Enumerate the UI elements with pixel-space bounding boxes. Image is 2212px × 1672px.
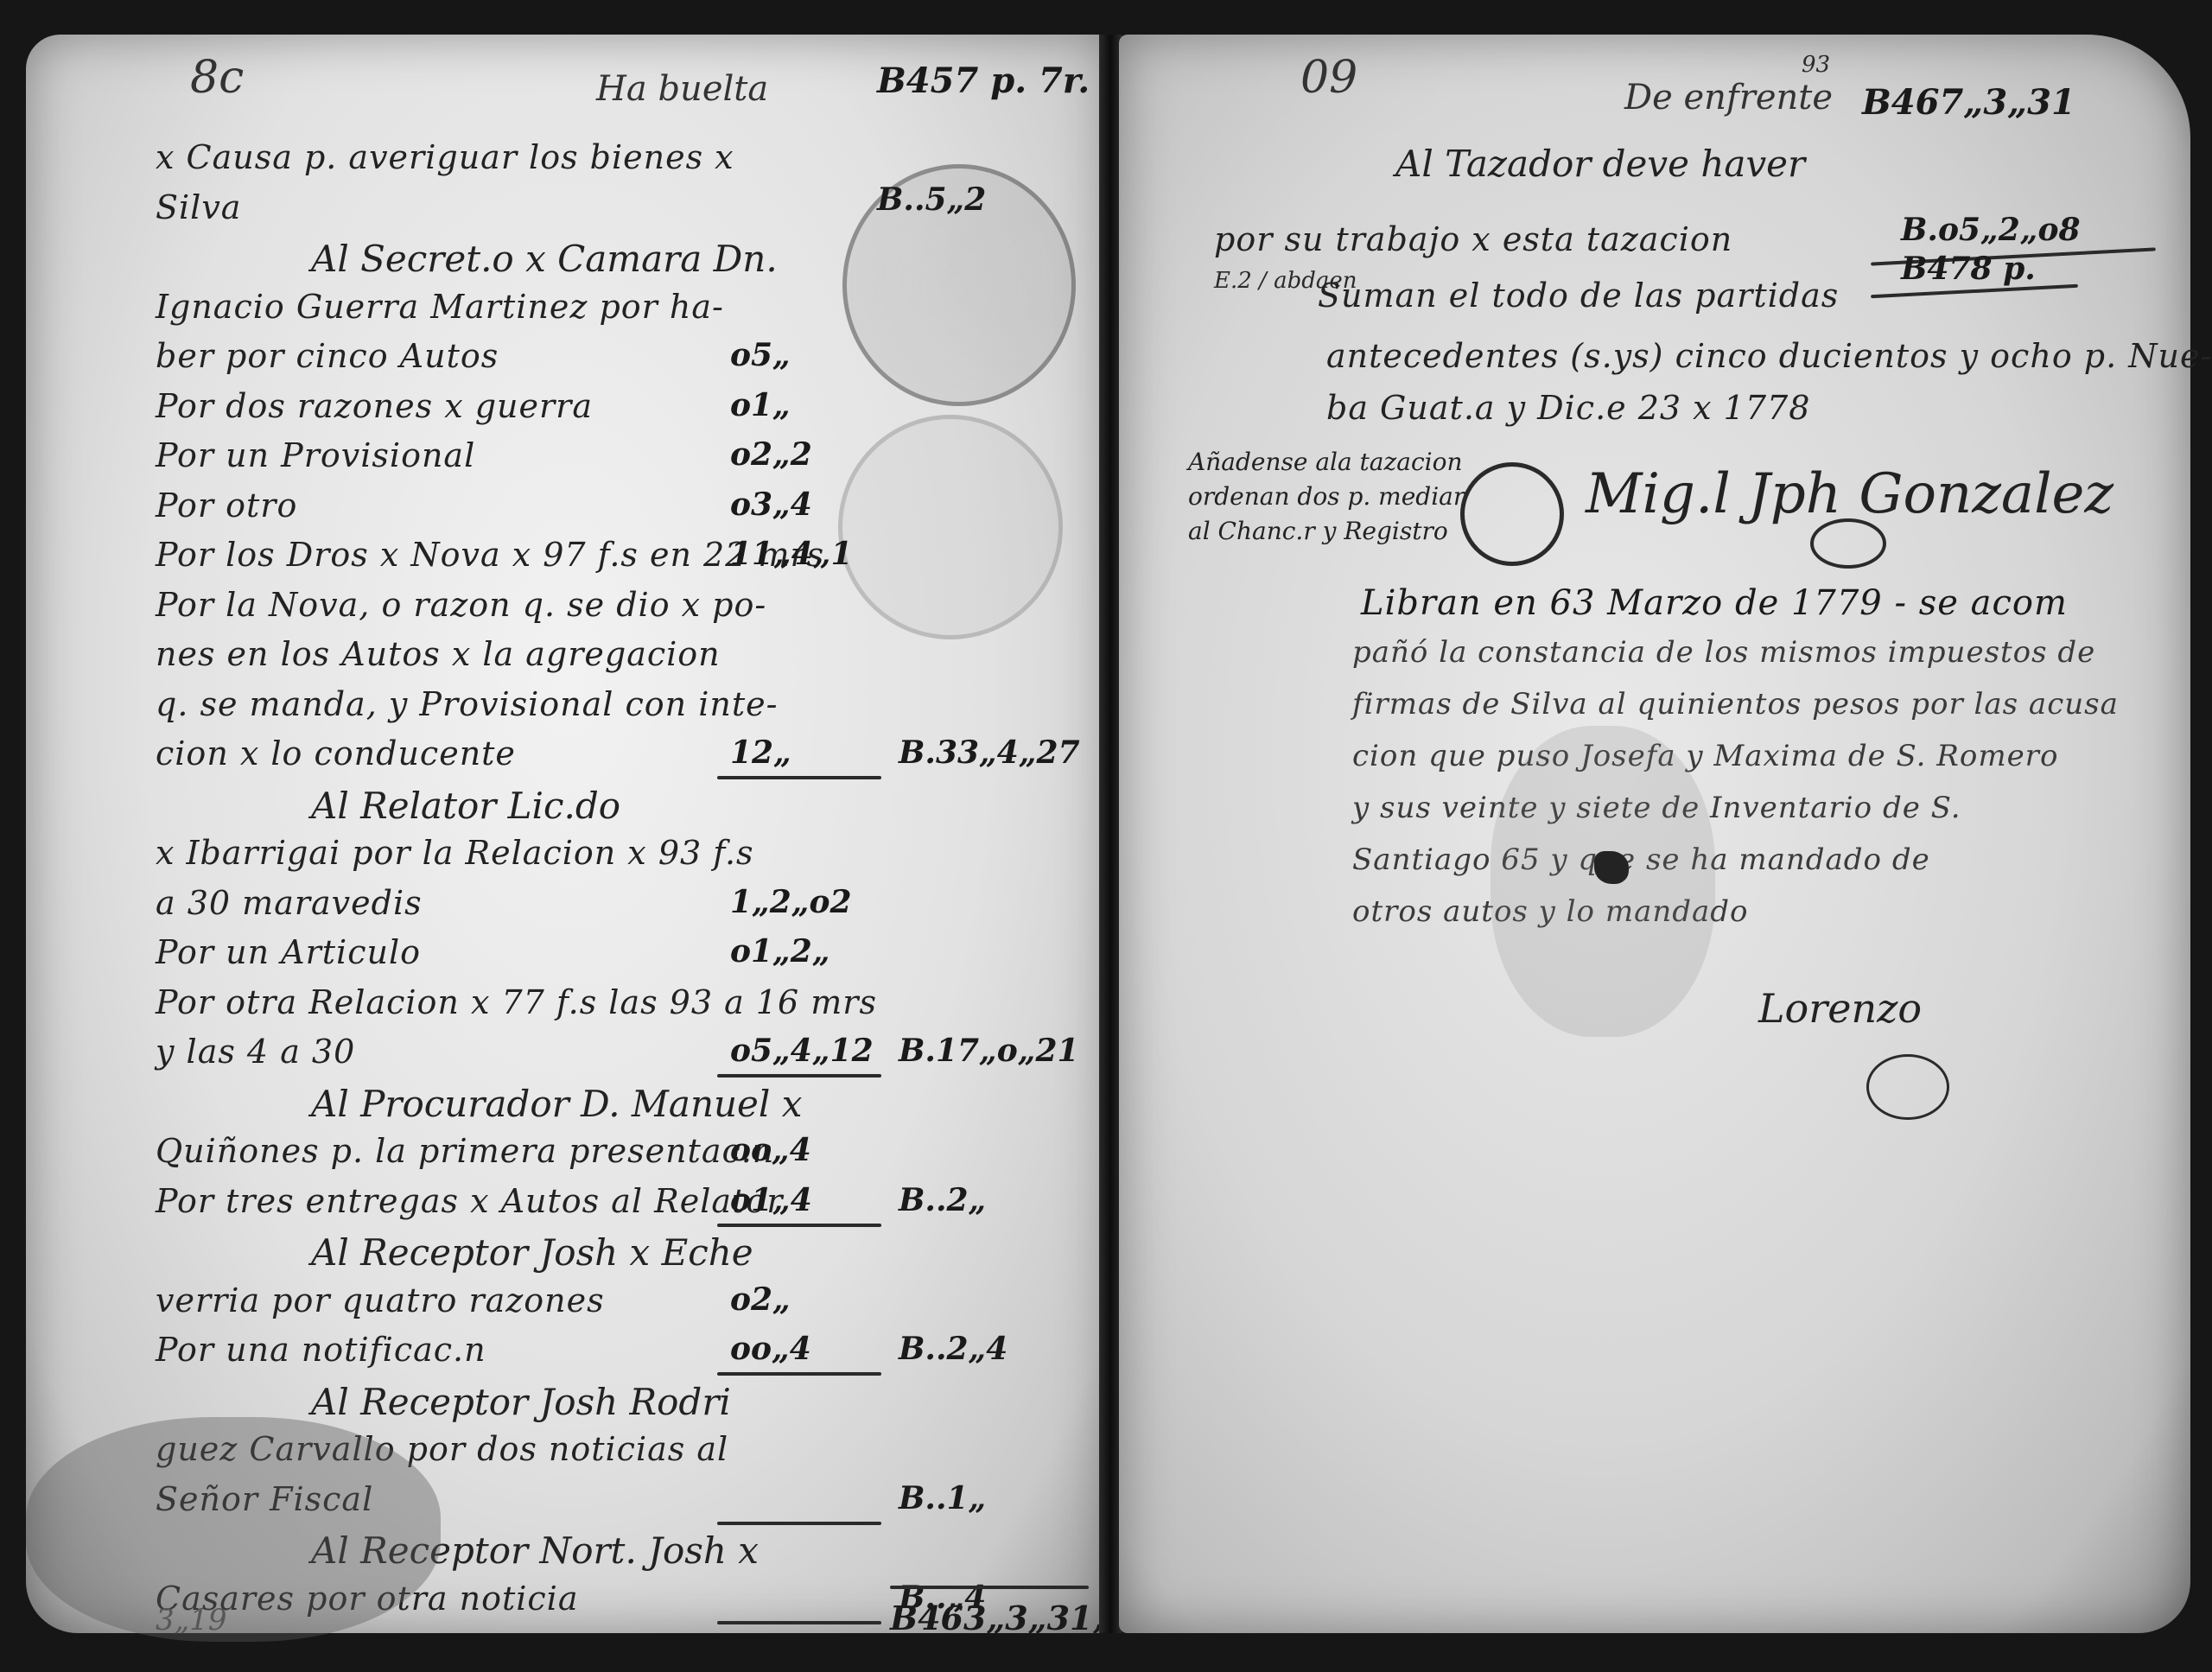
ledger-line: cion x lo conducente: [156, 734, 516, 772]
ledger-amount: o5„4„12: [730, 1033, 874, 1069]
right-folio-number: 09: [1300, 52, 1357, 104]
ledger-line: Por un Articulo: [156, 933, 421, 971]
ledger-subtotal: B..2„: [899, 1182, 986, 1218]
ledger-line: Por otro: [156, 486, 297, 524]
margin-note-line: Añadense ala tazacion: [1188, 445, 1465, 480]
margin-note-line: al Chanc.r y Registro: [1188, 514, 1465, 549]
ledger-amount: o5„: [730, 337, 791, 373]
subtotal-rule: [717, 1372, 881, 1376]
seal-stamp-faint: [838, 415, 1063, 639]
signature-lorenzo: Lorenzo: [1758, 985, 1922, 1032]
libranza-line: firmas de Silva al quinientos pesos por …: [1352, 687, 2119, 722]
ledger-line: a 30 maravedis: [156, 884, 423, 922]
rubric-flourish: [1810, 518, 1886, 569]
ledger-line: Silva: [156, 188, 241, 226]
subtotal-rule: [717, 1224, 881, 1227]
ledger-line: Por dos razones x guerra: [156, 387, 593, 425]
signature-gonzalez: Mig.l Jph Gonzalez: [1586, 462, 2113, 526]
right-header-text: De enfrente: [1624, 78, 1833, 118]
bleed-through-stain: [1491, 726, 1715, 1037]
ledger-line: Ignacio Guerra Martinez por ha-: [156, 288, 724, 326]
left-header-text: Ha buelta: [596, 69, 768, 109]
ledger-line: y las 4 a 30: [156, 1033, 355, 1071]
subtotal-rule: [717, 1522, 881, 1525]
ledger-subtotal: B..1„: [899, 1480, 986, 1516]
ledger-line: Por la Nova, o razon q. se dio x po-: [156, 586, 766, 624]
ledger-amount: o1„: [730, 387, 791, 423]
ledger-line: Por una notificac.n: [156, 1331, 486, 1369]
ledger-amount: o2„2: [730, 436, 812, 473]
ledger-heading: Al Secret.o x Camara Dn.: [311, 238, 778, 280]
libranza-line: Libran en 63 Marzo de 1779 - se acom: [1361, 583, 2068, 623]
right-page: 09 De enfrente 93 B467„3„31 Al Tazador d…: [1119, 35, 2190, 1633]
ledger-amount: oo„4: [730, 1132, 811, 1168]
right-page-number: 93: [1802, 52, 1830, 78]
libranza-line: cion que puso Josefa y Maxima de S. Rome…: [1352, 739, 2058, 773]
ledger-line: nes en los Autos x la agregacion: [156, 635, 721, 673]
left-folio-number: 8c: [190, 52, 244, 104]
ledger-amount: o1„2„: [730, 933, 830, 970]
margin-note-line: ordenan dos p. mediar: [1188, 480, 1465, 514]
ledger-amount: o3„4: [730, 486, 812, 523]
total-words-line: antecedentes (s.ys) cinco ducientos y oc…: [1326, 337, 2212, 375]
signature-rubric: [1866, 1054, 1949, 1120]
signature-flourish: [1460, 462, 1564, 566]
ledger-line: Por un Provisional: [156, 436, 475, 474]
ledger-subtotal: B..2„4: [899, 1331, 1007, 1367]
ink-stain: [26, 1417, 441, 1642]
left-page: 8c Ha buelta B457 p. 7r. 17 B..5„2 x Cau…: [26, 35, 1110, 1633]
ledger-line: q. se manda, y Provisional con inte-: [156, 685, 778, 723]
ledger-line: Por tres entregas x Autos al Relator: [156, 1182, 783, 1220]
subtotal-rule: [717, 1074, 881, 1078]
total-rule: [890, 1586, 1089, 1589]
manuscript-spread: 8c Ha buelta B457 p. 7r. 17 B..5„2 x Cau…: [0, 0, 2212, 1672]
ledger-amount: oo„4: [730, 1331, 811, 1367]
ledger-line: x Ibarrigai por la Relacion x 93 f.s: [156, 834, 754, 872]
ledger-line: Por los Dros x Nova x 97 f.s en 22 mrs: [156, 536, 824, 574]
suman-amount: B478 p.: [1901, 251, 2036, 287]
right-header-amount: B467„3„31: [1862, 82, 2075, 123]
ledger-line: Por otra Relacion x 77 f.s las 93 a 16 m…: [156, 983, 877, 1021]
subtotal-rule: [717, 1621, 881, 1624]
ledger-amount: o1„4: [730, 1182, 812, 1218]
ledger-heading: Al Receptor Josh x Eche: [311, 1231, 753, 1274]
ledger-subtotal: B.17„o„21: [899, 1033, 1079, 1069]
subtotal-rule: [717, 776, 881, 779]
tazador-amount: B.o5„2„o8: [1901, 212, 2081, 248]
suman-line: Suman el todo de las partidas: [1318, 277, 1839, 315]
ledger-subtotal: B.33„4„27: [899, 734, 1080, 771]
ledger-amount: 12„: [730, 734, 791, 771]
date-line: ba Guat.a y Dic.e 23 x 1778: [1326, 389, 1810, 427]
tazador-heading: Al Tazador deve haver: [1395, 143, 1805, 185]
ledger-line: x Causa p. averiguar los bienes x: [156, 138, 734, 176]
ledger-heading: Al Receptor Josh Rodri: [311, 1381, 731, 1423]
ledger-line: Quiñones p. la primera presentac.n: [156, 1132, 774, 1170]
libranza-line: pañó la constancia de los mismos impuest…: [1352, 635, 2095, 670]
ledger-amount: o2„: [730, 1281, 791, 1318]
ledger-heading: Al Relator Lic.do: [311, 785, 620, 827]
ledger-amount: 11„4„1: [730, 536, 853, 572]
ledger-heading: Al Procurador D. Manuel x: [311, 1083, 802, 1125]
ledger-line: verria por quatro razones: [156, 1281, 605, 1319]
seal-amount: B..5„2: [877, 181, 986, 218]
margin-note: Añadense ala tazacion ordenan dos p. med…: [1188, 445, 1465, 549]
grand-total: B463„3„31„: [890, 1599, 1111, 1637]
tazador-line: por su trabajo x esta tazacion: [1214, 220, 1732, 258]
ledger-line: ber por cinco Autos: [156, 337, 499, 375]
ledger-amount: 1„2„o2: [730, 884, 852, 920]
